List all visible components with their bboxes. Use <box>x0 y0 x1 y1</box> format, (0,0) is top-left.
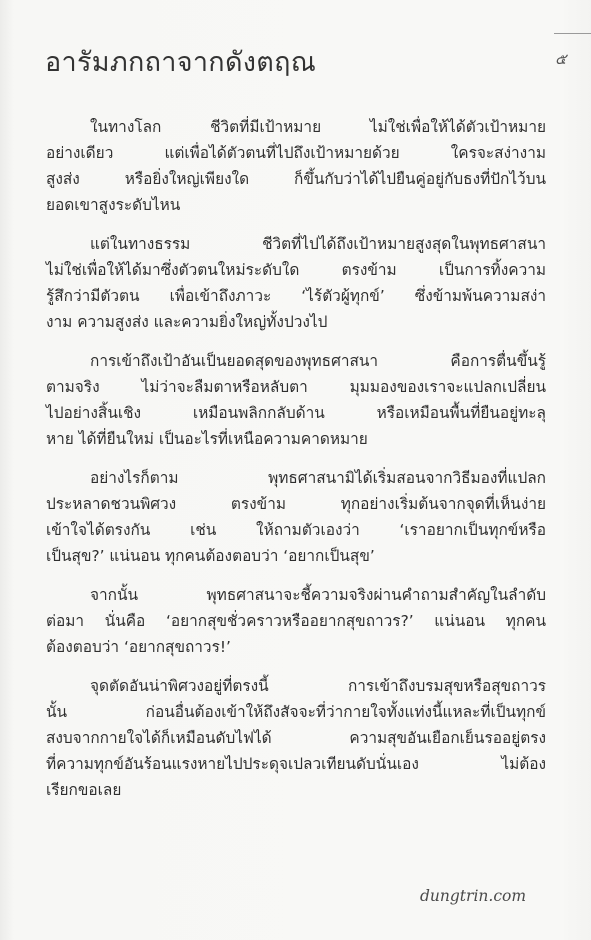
paragraph-6: จุดตัดอันน่าพิศวงอยู่ที่ตรงนี้ การเข้าถึ… <box>46 673 546 803</box>
text-line: ไปอย่างสิ้นเชิง เหมือนพลิกกลับด้าน หรือเ… <box>46 400 546 426</box>
header-rule <box>554 33 591 34</box>
text-line: จุดตัดอันน่าพิศวงอยู่ที่ตรงนี้ การเข้าถึ… <box>46 673 546 699</box>
text-line: จากนั้น พุทธศาสนาจะชี้ความจริงผ่านคำถามส… <box>46 582 546 608</box>
chapter-title: อารัมภกถาจากดังตฤณ <box>45 40 316 83</box>
text-line: อย่างไรก็ตาม พุทธศาสนามิได้เริ่มสอนจากวิ… <box>46 465 546 491</box>
text-line: อย่างเดียว แต่เพื่อได้ตัวตนที่ไปถึงเป้าห… <box>46 140 546 166</box>
text-line: หาย ได้ที่ยืนใหม่ เป็นอะไรที่เหนือความคา… <box>46 426 546 452</box>
text-line: เข้าใจได้ตรงกัน เช่น ให้ถามตัวเองว่า ‘เร… <box>46 517 546 543</box>
text-line: ที่ความทุกข์อันร้อนแรงหายไปประดุจเปลวเที… <box>46 751 546 777</box>
body-text: ในทางโลก ชีวิตที่มีเป้าหมาย ไม่ใช่เพื่อใ… <box>46 114 546 816</box>
footer-website: dungtrin.com <box>420 887 526 905</box>
book-page: ๕ อารัมภกถาจากดังตฤณ ในทางโลก ชีวิตที่มี… <box>0 0 591 940</box>
paragraph-1: ในทางโลก ชีวิตที่มีเป้าหมาย ไม่ใช่เพื่อใ… <box>46 114 546 218</box>
paragraph-2: แต่ในทางธรรม ชีวิตที่ไปได้ถึงเป้าหมายสูง… <box>46 231 546 335</box>
text-line: ไม่ใช่เพื่อให้ได้มาซึ่งตัวตนใหม่ระดับใด … <box>46 257 546 283</box>
text-line: การเข้าถึงเป้าอันเป็นยอดสุดของพุทธศาสนา … <box>46 348 546 374</box>
text-line: ต้องตอบว่า ‘อยากสุขถาวร!’ <box>46 634 546 660</box>
text-line: ยอดเขาสูงระดับไหน <box>46 192 546 218</box>
text-line: เป็นสุข?’ แน่นอน ทุกคนต้องตอบว่า ‘อยากเป… <box>46 543 546 569</box>
text-line: นั้น ก่อนอื่นต้องเข้าให้ถึงสัจจะที่ว่ากา… <box>46 699 546 725</box>
page-number: ๕ <box>555 47 566 71</box>
text-line: ประหลาดชวนพิศวง ตรงข้าม ทุกอย่างเริ่มต้น… <box>46 491 546 517</box>
text-line: เรียกขอเลย <box>46 777 546 803</box>
paragraph-5: จากนั้น พุทธศาสนาจะชี้ความจริงผ่านคำถามส… <box>46 582 546 660</box>
text-line: ในทางโลก ชีวิตที่มีเป้าหมาย ไม่ใช่เพื่อใ… <box>46 114 546 140</box>
text-line: รู้สึกว่ามีตัวตน เพื่อเข้าถึงภาวะ ‘ไร้ตั… <box>46 283 546 309</box>
text-line: สูงส่ง หรือยิ่งใหญ่เพียงใด ก็ขึ้นกับว่าไ… <box>46 166 546 192</box>
text-line: แต่ในทางธรรม ชีวิตที่ไปได้ถึงเป้าหมายสูง… <box>46 231 546 257</box>
text-line: ตามจริง ไม่ว่าจะลืมตาหรือหลับตา มุมมองขอ… <box>46 374 546 400</box>
text-line: งาม ความสูงส่ง และความยิ่งใหญ่ทั้งปวงไป <box>46 309 546 335</box>
text-line: ต่อมา นั่นคือ ‘อยากสุขชั่วคราวหรืออยากสุ… <box>46 608 546 634</box>
text-line: สงบจากกายใจได้ก็เหมือนดับไฟได้ ความสุขอั… <box>46 725 546 751</box>
paragraph-4: อย่างไรก็ตาม พุทธศาสนามิได้เริ่มสอนจากวิ… <box>46 465 546 569</box>
paragraph-3: การเข้าถึงเป้าอันเป็นยอดสุดของพุทธศาสนา … <box>46 348 546 452</box>
